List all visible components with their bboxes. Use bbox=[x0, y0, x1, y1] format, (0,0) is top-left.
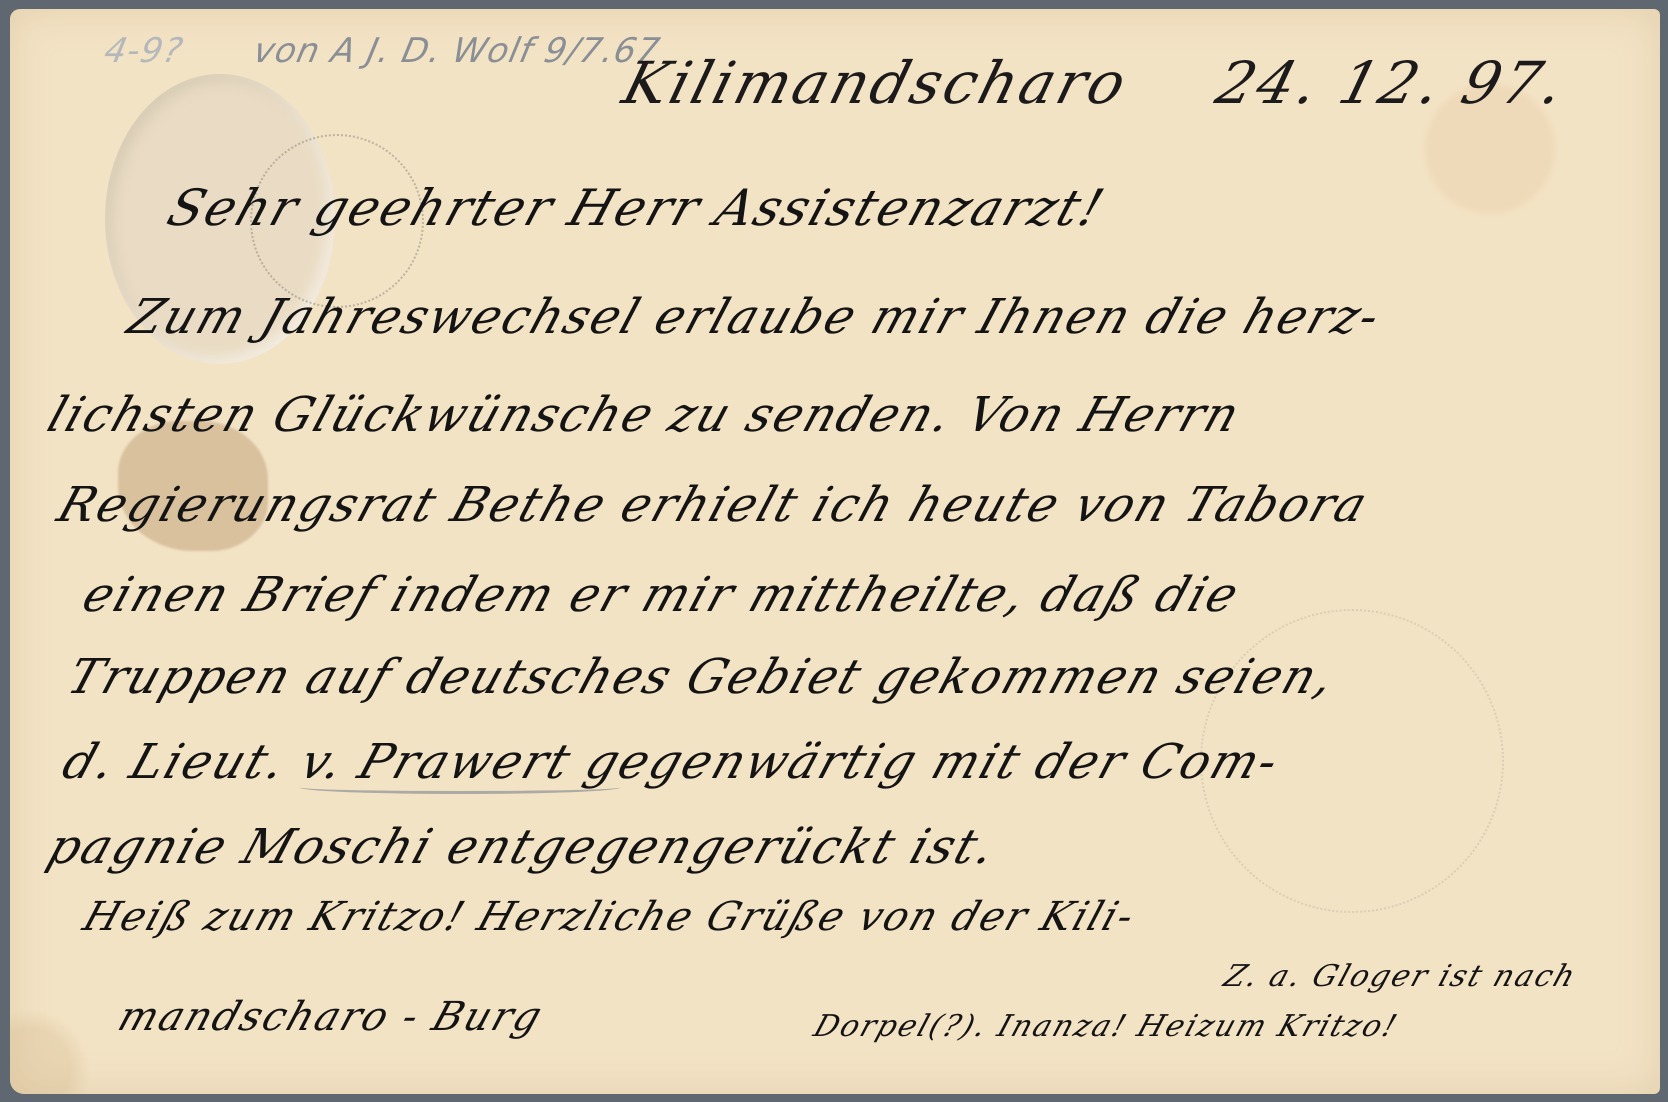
body-line-1: Sehr geehrter Herr Assistenzarzt! bbox=[161, 179, 1113, 237]
pencil-annotation-text: von A J. D. Wolf 9/7.67 bbox=[250, 31, 664, 71]
body-line-5: einen Brief indem er mir mittheilte, daß… bbox=[76, 567, 1247, 623]
body-line-4: Regierungsrat Bethe erhielt ich heute vo… bbox=[51, 477, 1376, 533]
pencil-annotation: 4-9? von A J. D. Wolf 9/7.67 bbox=[101, 31, 664, 71]
postcard: 4-9? von A J. D. Wolf 9/7.67 Kilimandsch… bbox=[10, 9, 1660, 1094]
body-line-8: pagnie Moschi entgegengerückt ist. bbox=[41, 819, 1004, 875]
body-line-7: d. Lieut. v. Prawert gegenwärtig mit der… bbox=[56, 734, 1287, 790]
pencil-underline-mark bbox=[300, 781, 620, 794]
closing-line-2: mandscharo - Burg bbox=[113, 994, 550, 1040]
body-line-6: Truppen auf deutsches Gebiet gekommen se… bbox=[61, 649, 1343, 705]
body-line-2: Zum Jahreswechsel erlaube mir Ihnen die … bbox=[121, 289, 1389, 345]
closing-line-4: Dorpel(?). Inanza! Heizum Kritzo! bbox=[809, 1009, 1403, 1044]
letter-date: 24. 12. 97. bbox=[1209, 49, 1574, 117]
place-of-writing: Kilimandscharo bbox=[616, 49, 1136, 117]
body-line-3: lichsten Glückwünsche zu senden. Von Her… bbox=[41, 387, 1248, 443]
closing-line-3: Z. a. Gloger ist nach bbox=[1219, 959, 1581, 994]
pencil-annotation-prefix: 4-9? bbox=[101, 31, 187, 71]
closing-line-1: Heiß zum Kritzo! Herzliche Grüße von der… bbox=[78, 894, 1142, 940]
dateline: Kilimandscharo 24. 12. 97. bbox=[616, 49, 1574, 117]
